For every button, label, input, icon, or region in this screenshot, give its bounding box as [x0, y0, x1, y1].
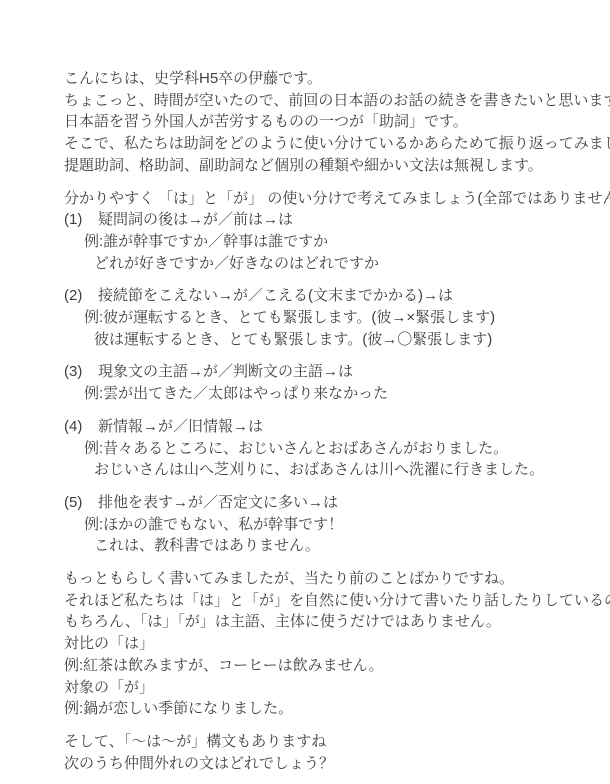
text-line: (5)排他を表す→が／否定文に多い→は [64, 492, 590, 514]
paragraph-section-4: (4)新情報→が／旧情報→は例:昔々あるところに、おじいさんとおばあさんがおりま… [64, 416, 590, 481]
line-text: 彼は運転するとき、とても緊張します。(彼→〇緊張します) [94, 331, 492, 348]
text-line: 彼は運転するとき、とても緊張します。(彼→〇緊張します) [64, 329, 590, 351]
line-text: 接続節をこえない→が／こえる(文末までかかる)→は [98, 287, 453, 304]
text-line: (2)接続節をこえない→が／こえる(文末までかかる)→は [64, 285, 590, 307]
item-number: (4) [64, 416, 98, 438]
paragraph-closing: そして、「〜は〜が」構文もありますね次のうち仲間外れの文はどれでしょう？ [64, 731, 590, 774]
text-line: 例:鍋が恋しい季節になりました。 [64, 698, 590, 720]
text-line: (3)現象文の主語→が／判断文の主語→は [64, 361, 590, 383]
line-text: 例:ほかの誰でもない、私が幹事です！ [84, 516, 343, 533]
text-line: 日本語を習う外国人が苦労するものの一つが「助詞」です。 [64, 111, 590, 133]
item-number: (2) [64, 285, 98, 307]
line-text: 排他を表す→が／否定文に多い→は [98, 494, 338, 511]
line-text: そして、「〜は〜が」構文もありますね [64, 733, 326, 750]
line-text: ちょこっと、時間が空いたので、前回の日本語のお話の続きを書きたいと思います。 [64, 92, 610, 109]
text-line: 例:ほかの誰でもない、私が幹事です！ [64, 514, 590, 536]
line-text: もっともらしく書いてみましたが、当たり前のことばかりですね。 [64, 570, 514, 587]
text-line: それほど私たちは「は」と「が」を自然に使い分けて書いたり話したりしているのです。 [64, 590, 590, 612]
text-line: 分かりやすく 「は」と「が」 の使い分けで考えてみましょう(全部ではありません) [64, 188, 590, 210]
line-text: どれが好きですか／好きなのはどれですか [94, 255, 379, 272]
line-text: 対象の「が」 [64, 679, 154, 696]
paragraph-section-1: 分かりやすく 「は」と「が」 の使い分けで考えてみましょう(全部ではありません)… [64, 188, 590, 275]
text-line: 例:紅茶は飲みますが、コーヒーは飲みません。 [64, 655, 590, 677]
paragraph-section-3: (3)現象文の主語→が／判断文の主語→は例:雲が出てきた／太郎はやっぱり来なかっ… [64, 361, 590, 404]
line-text: 例:紅茶は飲みますが、コーヒーは飲みません。 [64, 657, 383, 674]
line-text: 例:昔々あるところに、おじいさんとおばあさんがおりました。 [84, 440, 508, 457]
text-line: そこで、私たちは助詞をどのように使い分けているかあらためて振り返ってみましょう。… [64, 133, 590, 155]
line-text: 対比の「は」 [64, 635, 154, 652]
line-text: 新情報→が／旧情報→は [98, 418, 263, 435]
text-line: これは、教科書ではありません。 [64, 535, 590, 557]
text-line: ちょこっと、時間が空いたので、前回の日本語のお話の続きを書きたいと思います。 [64, 90, 590, 112]
paragraph-section-2: (2)接続節をこえない→が／こえる(文末までかかる)→は例:彼が運転するとき、と… [64, 285, 590, 350]
line-text: もちろん、「は」「が」は主語、主体に使うだけではありません。 [64, 613, 501, 630]
text-line: そして、「〜は〜が」構文もありますね [64, 731, 590, 753]
line-text: それほど私たちは「は」と「が」を自然に使い分けて書いたり話したりしているのです。 [64, 592, 610, 609]
line-text: こんにちは、史学科H5卒の伊藤です。 [64, 70, 322, 87]
text-line: 例:彼が運転するとき、とても緊張します。(彼→×緊張します) [64, 307, 590, 329]
line-text: 現象文の主語→が／判断文の主語→は [98, 363, 353, 380]
line-text: そこで、私たちは助詞をどのように使い分けているかあらためて振り返ってみましょう。… [64, 135, 610, 152]
text-line: 次のうち仲間外れの文はどれでしょう？ [64, 753, 590, 775]
text-line: こんにちは、史学科H5卒の伊藤です。 [64, 68, 590, 90]
text-line: 対象の「が」 [64, 677, 590, 699]
paragraph-commentary: もっともらしく書いてみましたが、当たり前のことばかりですね。それほど私たちは「は… [64, 568, 590, 720]
text-line: 対比の「は」 [64, 633, 590, 655]
text-line: 例:昔々あるところに、おじいさんとおばあさんがおりました。 [64, 438, 590, 460]
line-text: 例:雲が出てきた／太郎はやっぱり来なかった [84, 385, 388, 402]
item-number: (3) [64, 361, 98, 383]
text-line: もっともらしく書いてみましたが、当たり前のことばかりですね。 [64, 568, 590, 590]
line-text: 例:鍋が恋しい季節になりました。 [64, 700, 293, 717]
item-number: (5) [64, 492, 98, 514]
line-text: 例:誰が幹事ですか／幹事は誰ですか [84, 233, 328, 250]
paragraph-intro: こんにちは、史学科H5卒の伊藤です。ちょこっと、時間が空いたので、前回の日本語の… [64, 68, 590, 177]
text-line: 提題助詞、格助詞、副助詞など個別の種類や細かい文法は無視します。 [64, 155, 590, 177]
line-text: 分かりやすく 「は」と「が」 の使い分けで考えてみましょう(全部ではありません) [64, 190, 610, 207]
text-line: (1)疑問詞の後は→が／前は→は [64, 209, 590, 231]
line-text: これは、教科書ではありません。 [94, 537, 320, 554]
text-line: どれが好きですか／好きなのはどれですか [64, 253, 590, 275]
line-text: 例:彼が運転するとき、とても緊張します。(彼→×緊張します) [84, 309, 495, 326]
text-line: 例:誰が幹事ですか／幹事は誰ですか [64, 231, 590, 253]
page: こんにちは、史学科H5卒の伊藤です。ちょこっと、時間が空いたので、前回の日本語の… [0, 0, 610, 784]
text-line: 例:雲が出てきた／太郎はやっぱり来なかった [64, 383, 590, 405]
line-text: 提題助詞、格助詞、副助詞など個別の種類や細かい文法は無視します。 [64, 157, 543, 174]
line-text: 日本語を習う外国人が苦労するものの一つが「助詞」です。 [64, 113, 468, 130]
paragraph-section-5: (5)排他を表す→が／否定文に多い→は例:ほかの誰でもない、私が幹事です！これは… [64, 492, 590, 557]
item-number: (1) [64, 209, 98, 231]
document-body: こんにちは、史学科H5卒の伊藤です。ちょこっと、時間が空いたので、前回の日本語の… [0, 0, 610, 774]
line-text: 次のうち仲間外れの文はどれでしょう？ [64, 755, 334, 772]
text-line: (4)新情報→が／旧情報→は [64, 416, 590, 438]
text-line: おじいさんは山へ芝刈りに、おばあさんは川へ洗濯に行きました。 [64, 459, 590, 481]
text-line: もちろん、「は」「が」は主語、主体に使うだけではありません。 [64, 611, 590, 633]
line-text: おじいさんは山へ芝刈りに、おばあさんは川へ洗濯に行きました。 [94, 461, 544, 478]
line-text: 疑問詞の後は→が／前は→は [98, 211, 293, 228]
